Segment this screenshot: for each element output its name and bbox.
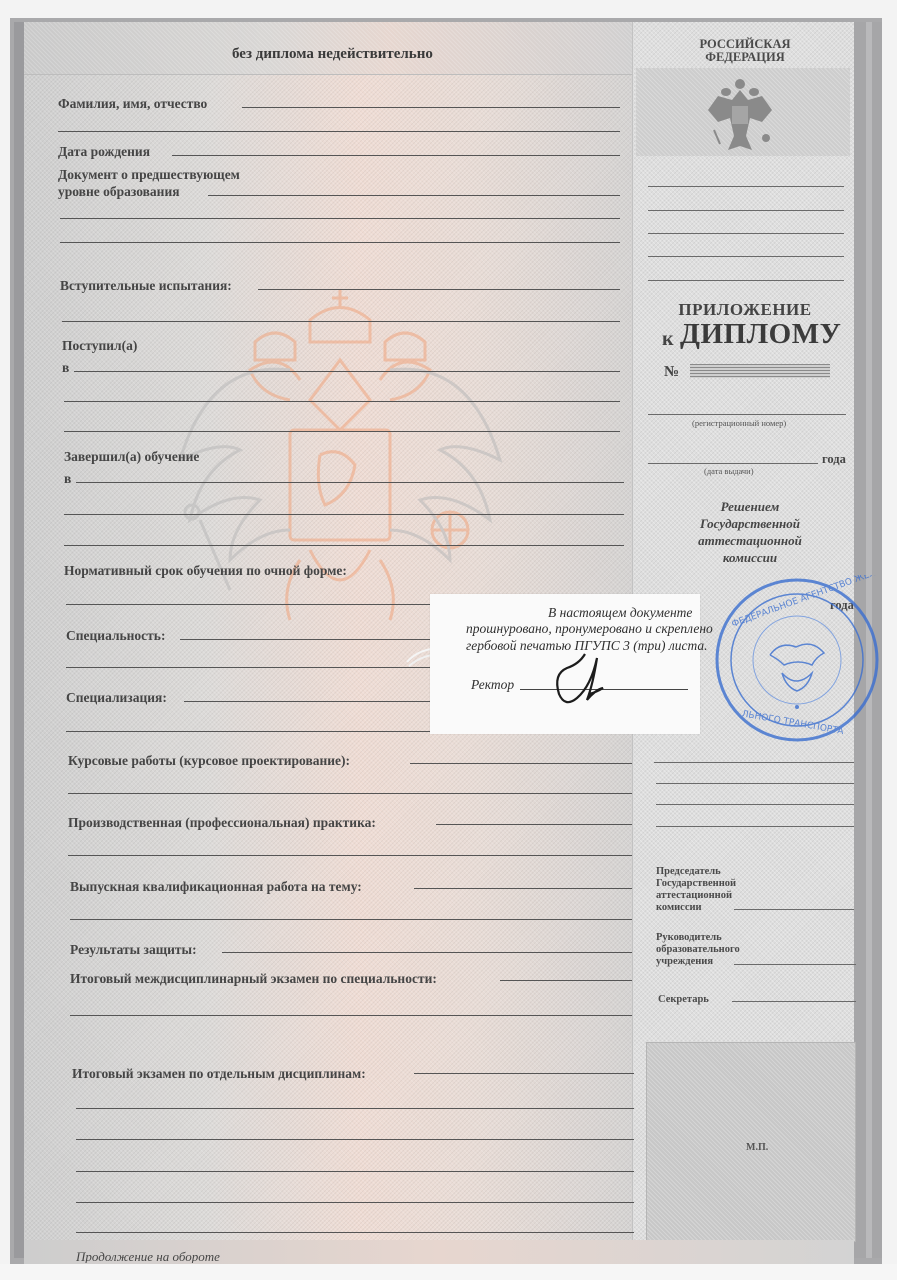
label-full-name: Фамилия, имя, отчество [58,96,207,112]
field-entrance-exams[interactable] [258,289,620,290]
field-final-exams-5[interactable] [76,1202,634,1203]
country-line-2: ФЕДЕРАЦИЯ [690,51,800,64]
label-normative-term: Нормативный срок обучения по очной форме… [64,563,347,579]
field-enrolled-2[interactable] [64,401,620,402]
chairman-label: Председатель Государственной аттестацион… [656,866,736,914]
field-interdisciplinary-exam-2[interactable] [70,1015,632,1016]
chairman-line-2: Государственной [656,878,736,890]
field-enrolled-3[interactable] [64,431,620,432]
field-final-exams[interactable] [414,1073,634,1074]
right-line-6[interactable] [654,762,854,763]
sticker-line-1: В настоящем документе [548,605,692,621]
decision-line-1: Решением [670,498,830,515]
head-line-3: учреждения [656,956,740,968]
field-secretary-signature[interactable] [732,1001,856,1002]
field-issue-date[interactable] [648,463,818,464]
field-birth-date[interactable] [172,155,620,156]
label-completed: Завершил(а) обучение [64,449,199,465]
label-birth-date: Дата рождения [58,144,150,160]
field-final-exams-6[interactable] [76,1232,634,1233]
field-course-works[interactable] [410,763,632,764]
label-thesis: Выпускная квалификационная работа на тем… [70,879,362,895]
number-sign: № [664,364,679,381]
field-thesis[interactable] [414,888,632,889]
field-interdisciplinary-exam[interactable] [500,980,632,981]
right-line-1[interactable] [648,186,844,187]
year-suffix: года [822,452,846,467]
seal-place-label: М.П. [746,1142,768,1153]
field-head-signature[interactable] [734,964,856,965]
field-completed-2[interactable] [64,514,624,515]
field-practice[interactable] [436,824,632,825]
right-line-3[interactable] [648,233,844,234]
field-completed-3[interactable] [64,545,624,546]
field-full-name-2[interactable] [58,131,620,132]
label-course-works: Курсовые работы (курсовое проектирование… [68,753,350,769]
label-completed-in: в [64,471,71,487]
label-defense-results: Результаты защиты: [70,942,197,958]
field-final-exams-3[interactable] [76,1139,634,1140]
field-reg-number[interactable] [648,414,846,415]
right-line-9[interactable] [656,826,854,827]
label-practice: Производственная (профессиональная) прак… [68,815,376,831]
field-full-name[interactable] [242,107,620,108]
field-course-works-2[interactable] [68,793,632,794]
decision-line-2: Государственной [670,515,830,532]
field-prev-doc[interactable] [208,195,620,196]
header-note: без диплома недействительно [232,46,433,63]
title-k: к [662,328,674,351]
coat-of-arms-icon [704,74,776,154]
chairman-line-1: Председатель [656,866,736,878]
label-specialty: Специальность: [66,628,165,644]
head-label: Руководитель образовательного учреждения [656,932,740,968]
decision-text: Решением Государственной аттестационной … [670,498,830,566]
svg-text:ЛЬНОГО ТРАНСПОРТА: ЛЬНОГО ТРАНСПОРТА [741,709,845,737]
field-enrolled[interactable] [74,371,620,372]
field-defense-results[interactable] [222,952,632,953]
svg-text:ФЕДЕРАЛЬНОЕ АГЕНТСТВО ЖЕЛЕЗН: ФЕДЕРАЛЬНОЕ АГЕНТСТВО ЖЕЛЕЗН [730,575,882,630]
secretary-label: Секретарь [658,994,709,1006]
label-prev-doc: Документ о предшествующем [58,167,240,183]
field-final-exams-4[interactable] [76,1171,634,1172]
right-line-4[interactable] [648,256,844,257]
head-line-2: образовательного [656,944,740,956]
official-stamp-icon: ФЕДЕРАЛЬНОЕ АГЕНТСТВО ЖЕЛЕЗН ЛЬНОГО ТРАН… [712,575,882,745]
sticker-line-2: прошнуровано, пронумеровано и скреплено [466,621,713,637]
right-line-7[interactable] [656,783,854,784]
field-chairman-signature[interactable] [734,909,854,910]
label-prev-doc-2: уровне образования [58,184,180,200]
label-entrance-exams: Вступительные испытания: [60,278,232,294]
chairman-line-4: комиссии [656,902,736,914]
right-line-8[interactable] [656,804,854,805]
label-enrolled-in: в [62,360,69,376]
head-line-1: Руководитель [656,932,740,944]
decision-line-3: аттестационной [670,532,830,549]
caption-reg-number: (регистрационный номер) [692,418,786,428]
country-title: РОССИЙСКАЯ ФЕДЕРАЦИЯ [690,38,800,64]
field-thesis-2[interactable] [70,919,632,920]
signature-icon [545,650,615,710]
rector-label: Ректор [471,677,514,693]
field-entrance-exams-2[interactable] [62,321,620,322]
label-interdisciplinary-exam: Итоговый междисциплинарный экзамен по сп… [70,971,437,987]
page-margin-bottom [0,1264,897,1280]
redacted-number [690,364,830,378]
label-enrolled: Поступил(а) [62,338,137,354]
watermark-emblem-icon [160,280,520,640]
caption-issue-date: (дата выдачи) [704,466,754,476]
right-line-2[interactable] [648,210,844,211]
field-prev-doc-2[interactable] [60,218,620,219]
label-specialization: Специализация: [66,690,167,706]
label-final-exams: Итоговый экзамен по отдельным дисциплина… [72,1066,366,1082]
decision-line-4: комиссии [670,549,830,566]
field-practice-2[interactable] [68,855,632,856]
continued-note: Продолжение на обороте [76,1249,220,1263]
right-line-5[interactable] [648,280,844,281]
chairman-line-3: аттестационной [656,890,736,902]
field-final-exams-2[interactable] [76,1108,634,1109]
title-appendix: ПРИЛОЖЕНИЕ [670,300,820,320]
title-diploma: ДИПЛОМУ [680,318,841,351]
field-prev-doc-3[interactable] [60,242,620,243]
field-completed[interactable] [76,482,624,483]
